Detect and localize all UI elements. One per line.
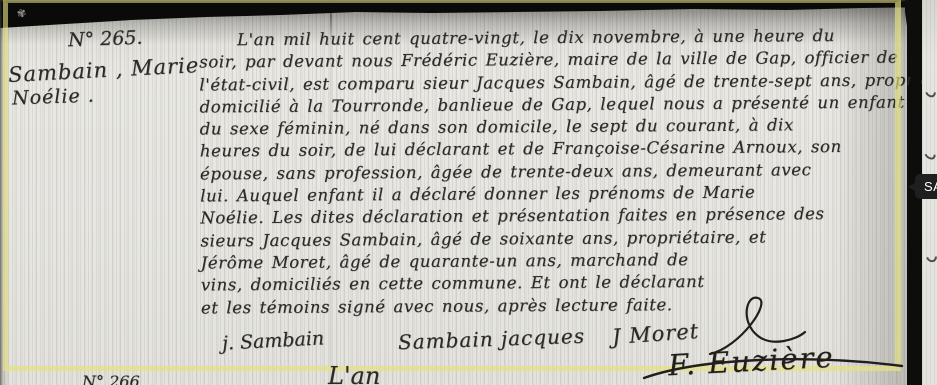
- next-record-number: N° 266: [82, 372, 140, 385]
- scanned-register-page: ✾ N° 265. Sambain , Marie Noélie . L'an …: [0, 0, 937, 385]
- next-page-ink-marks: [923, 147, 937, 161]
- record-tooltip-badge: SA: [915, 174, 937, 199]
- tooltip-label: SA: [924, 179, 937, 194]
- next-page-ink-marks: [923, 86, 937, 100]
- next-page-ink-marks: [924, 250, 937, 265]
- officiant-underline-swash: [640, 352, 910, 385]
- next-record-partial-text: L'an: [328, 362, 380, 385]
